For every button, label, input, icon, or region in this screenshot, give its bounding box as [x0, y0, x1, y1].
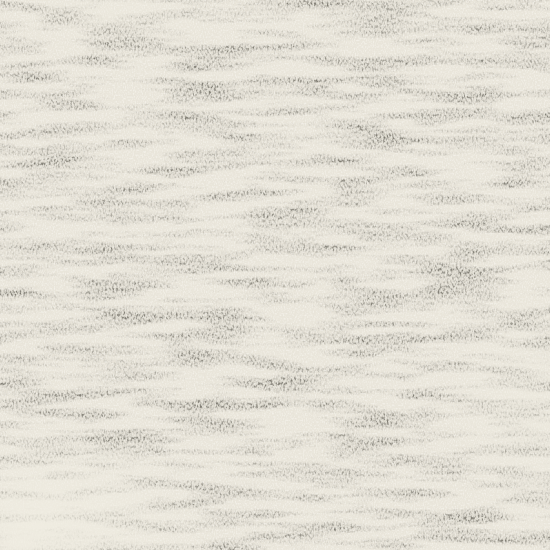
- highlight-fibers: [0, 0, 550, 550]
- rug-texture: [0, 0, 550, 550]
- rug-texture-svg: [0, 0, 550, 550]
